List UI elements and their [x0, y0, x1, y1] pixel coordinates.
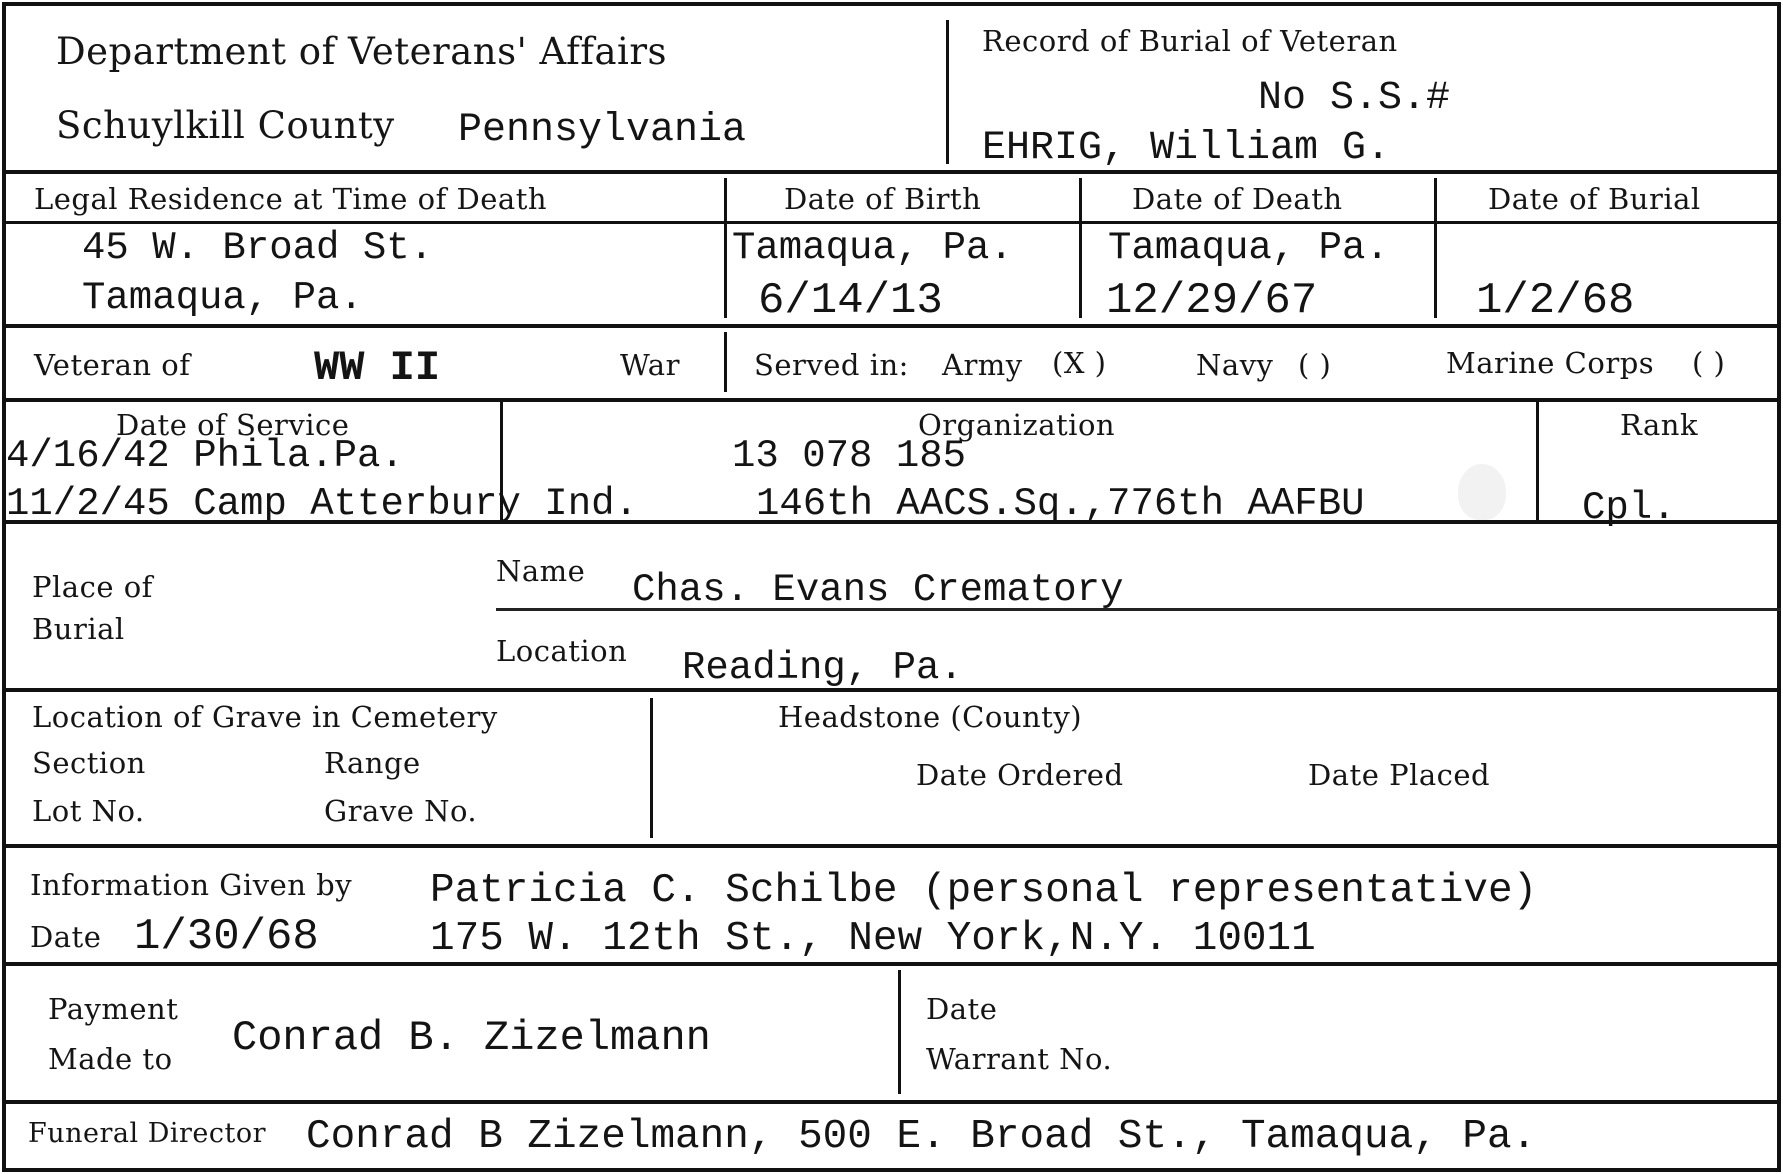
birth-place: Tamaqua, Pa.	[732, 226, 1013, 270]
service-start: 4/16/42 Phila.Pa.	[6, 434, 404, 478]
informant-address: 175 W. 12th St., New York,N.Y. 10011	[430, 916, 1316, 962]
residence-line2: Tamaqua, Pa.	[82, 276, 363, 320]
place-of-burial-label-2: Burial	[32, 612, 125, 646]
cemetery-name-label: Name	[496, 554, 585, 588]
range-label: Range	[324, 746, 421, 780]
column-divider	[724, 332, 727, 392]
cemetery-name: Chas. Evans Crematory	[632, 568, 1123, 612]
column-divider	[898, 970, 901, 1094]
death-label: Date of Death	[1132, 182, 1343, 216]
info-date: 1/30/68	[134, 912, 319, 962]
burial-record-card: Department of Veterans' Affairs Schuylki…	[2, 2, 1781, 1172]
name-underline	[496, 608, 1781, 611]
date-ordered-label: Date Ordered	[916, 758, 1124, 792]
warrant-label: Warrant No.	[926, 1042, 1112, 1076]
payment-label-2: Made to	[48, 1042, 173, 1076]
column-divider	[1079, 178, 1082, 318]
army-label: Army	[942, 348, 1023, 382]
column-divider	[1434, 178, 1437, 318]
marine-checkbox[interactable]: ( )	[1692, 346, 1725, 380]
divider	[6, 688, 1781, 692]
serial-number: 13 078 185	[732, 434, 966, 478]
column-divider	[650, 698, 653, 838]
headstone-title: Headstone (County)	[778, 700, 1082, 734]
grave-no-label: Grave No.	[324, 794, 477, 828]
ss-number: No S.S.#	[1258, 76, 1450, 121]
section-label: Section	[32, 746, 146, 780]
payment-label-1: Payment	[48, 992, 178, 1026]
column-divider	[1536, 402, 1539, 524]
divider	[6, 1100, 1781, 1104]
watermark-icon	[1458, 464, 1506, 520]
marine-label: Marine Corps	[1446, 346, 1654, 380]
divider	[6, 520, 1781, 524]
birth-date: 6/14/13	[758, 276, 943, 326]
column-divider	[500, 402, 503, 524]
state-name: Pennsylvania	[458, 108, 746, 153]
veteran-name: EHRIG, William G.	[982, 126, 1390, 171]
burial-date-label: Date of Burial	[1488, 182, 1701, 216]
info-date-label: Date	[30, 920, 101, 954]
residence-label: Legal Residence at Time of Death	[34, 182, 547, 216]
header-divider	[946, 20, 949, 164]
rank-label: Rank	[1620, 408, 1698, 442]
column-divider	[724, 178, 727, 318]
payee-name: Conrad B. Zizelmann	[232, 1014, 711, 1062]
death-place: Tamaqua, Pa.	[1108, 226, 1389, 270]
war-label: War	[620, 348, 680, 382]
death-date: 12/29/67	[1106, 276, 1317, 326]
funeral-director-label: Funeral Director	[28, 1118, 266, 1149]
cemetery-location-label: Location	[496, 634, 627, 668]
served-in-label: Served in:	[754, 348, 909, 382]
divider	[6, 962, 1781, 966]
given-by-label: Information Given by	[30, 868, 352, 902]
burial-date: 1/2/68	[1476, 276, 1634, 326]
war-name: WW II	[314, 344, 440, 392]
divider	[6, 398, 1781, 402]
given-by-name: Patricia C. Schilbe (personal representa…	[430, 868, 1537, 914]
payment-date-label: Date	[926, 992, 997, 1026]
grave-location-title: Location of Grave in Cemetery	[32, 700, 498, 734]
divider	[6, 844, 1781, 848]
record-title: Record of Burial of Veteran	[982, 24, 1398, 58]
residence-line1: 45 W. Broad St.	[82, 226, 433, 270]
county-name: Schuylkill County	[56, 104, 395, 147]
birth-label: Date of Birth	[784, 182, 981, 216]
navy-checkbox[interactable]: ( )	[1298, 348, 1331, 382]
divider	[6, 221, 1781, 224]
lot-label: Lot No.	[32, 794, 145, 828]
place-of-burial-label-1: Place of	[32, 570, 153, 604]
divider	[6, 324, 1781, 328]
navy-label: Navy	[1196, 348, 1273, 382]
department-title: Department of Veterans' Affairs	[56, 30, 667, 73]
veteran-of-label: Veteran of	[34, 348, 191, 382]
cemetery-location: Reading, Pa.	[682, 646, 963, 690]
funeral-director-name: Conrad B Zizelmann, 500 E. Broad St., Ta…	[306, 1114, 1536, 1160]
army-checkbox[interactable]: (X )	[1052, 346, 1107, 380]
date-placed-label: Date Placed	[1308, 758, 1490, 792]
divider	[6, 170, 1781, 174]
